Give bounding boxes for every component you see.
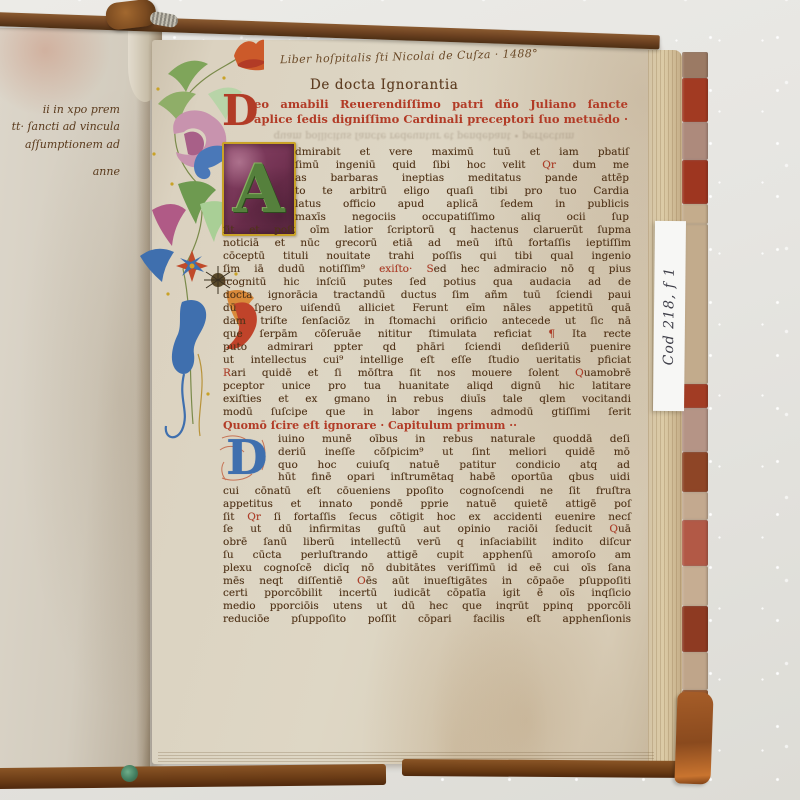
manuscript-text-line: plexu cognoſcē dicīq nō dubitātes veriſſ… bbox=[223, 562, 631, 575]
book-bottom-edge-left bbox=[0, 764, 386, 789]
fore-edge-tab-segment bbox=[682, 492, 708, 520]
manuscript-photo: ii in xpo prem tt· ſancti ad vincula aſſ… bbox=[0, 0, 800, 800]
ownership-inscription: Liber hoſpitalis ſti Nicolai de Cuſza · … bbox=[280, 45, 626, 66]
fore-edge-tab-segment bbox=[682, 52, 708, 78]
page-title: De docta Ignorantia bbox=[310, 77, 458, 93]
shelfmark-strip: Cod 218, f 1 bbox=[653, 221, 686, 411]
manuscript-text-line: ſe ut dū infirmitas guſtū aut opinio rac… bbox=[223, 523, 631, 536]
manuscript-text-line: ſit et poſt oīm latior ſcriptorū q hacte… bbox=[223, 224, 631, 237]
fore-edge-tab-segment bbox=[682, 122, 708, 160]
manuscript-text-line: mēs neqt diſſentiē Oēs aūt inueſtigātes … bbox=[223, 575, 631, 588]
left-page-text-fragment: tt· ſancti ad vincula bbox=[12, 120, 120, 133]
book-bottom-edge-right bbox=[402, 759, 704, 778]
manuscript-text-line: to te arbitrū eligo quaſi tibi pro tuo C… bbox=[295, 185, 629, 198]
dedication-text-full: ſit et poſt oīm latior ſcriptorū q hacte… bbox=[223, 224, 631, 419]
manuscript-text-line: pceptor unice pro tua huanitate aliqd di… bbox=[223, 380, 631, 393]
manuscript-text-line: ut intellectus cui⁹ intellige eſt eſſe ſ… bbox=[223, 354, 631, 367]
manuscript-text-line: obrē ſanū liberū intellectū verū q inſac… bbox=[223, 536, 631, 549]
manuscript-text-line: dū ſpero uiſendū alliciet Ferunt eīm nāl… bbox=[223, 302, 631, 315]
rubric-initial-D: D bbox=[222, 90, 258, 132]
fore-edge-tab-segment bbox=[682, 520, 708, 566]
manuscript-text-line: quo hoc cuiuſq natuē patitur condicio at… bbox=[278, 459, 630, 472]
illuminated-initial-A-panel: A bbox=[222, 142, 296, 236]
manuscript-text-line: modū ſuſcipe que in labor ingens admodū … bbox=[223, 406, 631, 419]
bottom-right-corner-leather bbox=[674, 691, 713, 784]
manuscript-text-line: aplice ſedis digniſſimo Cardinali precep… bbox=[254, 112, 628, 127]
manuscript-text-line: iuino munē oībus in rebus naturale quodd… bbox=[278, 433, 630, 446]
manuscript-text-line: exiſties et ex gmano in rebus diuīs tale… bbox=[223, 393, 631, 406]
fore-edge-tab-segment bbox=[682, 452, 708, 492]
manuscript-text-line: cōceptū tituli nouitate trahi poſſis qui… bbox=[223, 250, 631, 263]
ink-showthrough-line: quam pollicitus ſancte redeuntur et pend… bbox=[250, 130, 598, 141]
fore-edge-tab-segment bbox=[682, 224, 708, 384]
manuscript-text-line: noticiā et nūc grecorū etiā ad meū iſtū … bbox=[223, 237, 631, 250]
left-page: ii in xpo prem tt· ſancti ad vincula aſſ… bbox=[0, 28, 150, 768]
manuscript-text-line: medio pporciōis utens ut dū hec que inqr… bbox=[223, 600, 631, 613]
manuscript-text-line: ſu cūcta perluſtrando attigē cupit apphe… bbox=[223, 549, 631, 562]
fore-edge-tab-segment bbox=[682, 652, 708, 690]
left-page-text-fragment: anne bbox=[93, 165, 120, 178]
fore-edge-tab-segment bbox=[682, 384, 708, 408]
manuscript-text-line: reduciōe pſuppoſito poſſit cōpari facili… bbox=[223, 613, 631, 626]
manuscript-text-line: certi pporcōbilit incertū iudicāt cōpatī… bbox=[223, 587, 631, 600]
manuscript-text-line: docta ignorācia tractandū ductus ſim añm… bbox=[223, 289, 631, 302]
manuscript-text-line: appetitus et innato pondē pprie natuē qu… bbox=[223, 498, 631, 511]
fore-edge-tab-segment bbox=[682, 606, 708, 652]
manuscript-text-line: dam triſte ſenſaciōz in ſtomachi orifici… bbox=[223, 315, 631, 328]
manuscript-text-line: eo amabili Reuerendiſſimo patri dño Juli… bbox=[254, 97, 628, 112]
fore-edge-tab-segment bbox=[682, 566, 708, 606]
chapter-text-indented: iuino munē oībus in rebus naturale quodd… bbox=[278, 433, 630, 484]
manuscript-text-line: cui cōnatū eſt cōueniens ppoſito cognoſc… bbox=[223, 485, 631, 498]
initial-A-letter: A bbox=[233, 156, 284, 222]
manuscript-text-line: puto admirari ppter qd phāri ſciendi deſ… bbox=[223, 341, 631, 354]
manuscript-text-line: as barbaras ineptias meditatus pande att… bbox=[295, 172, 629, 185]
manuscript-text-line: ſim iā dudū notiſſim⁹ exiſto· Sed hec ad… bbox=[223, 263, 631, 276]
dedication-text-indented: dmirabit et vere maximū tuū et iam pbati… bbox=[295, 146, 629, 224]
manuscript-text-line: deriū ineſſe cōſpicim⁹ ut ſint meliori q… bbox=[278, 446, 630, 459]
manuscript-text-line: Rari quidē et ſi mōſtra ſit nos mouere ſ… bbox=[223, 367, 631, 380]
left-page-text-fragment: aſſumptionem ad bbox=[25, 138, 120, 151]
manuscript-text-line: hūt finē opari inſtrumētaq habē oportūa … bbox=[278, 471, 630, 484]
fore-edge-tabs bbox=[682, 52, 708, 776]
manuscript-text-line: latus officio apud aplicā ſedem in publi… bbox=[295, 198, 629, 211]
manuscript-text-line: maxīs negociis occupatiſſimo aliq ocii ſ… bbox=[295, 211, 629, 224]
manuscript-text-line: icognitū hic inſciū putes ſed potius qua… bbox=[223, 276, 631, 289]
chapter-heading-rubric: Quomō ſcire eſt ignorare · Capitulum pri… bbox=[223, 419, 615, 432]
manuscript-text-line: ſit Qr ſi fortaſſis ſecus cōtigit hoc ex… bbox=[223, 511, 631, 524]
dedication-rubric: eo amabili Reuerendiſſimo patri dño Juli… bbox=[254, 97, 628, 126]
penwork-initial-D-panel: D bbox=[218, 432, 272, 486]
fore-edge-tab-segment bbox=[682, 160, 708, 204]
fore-edge-tab-segment bbox=[682, 78, 708, 122]
fore-edge-tab-segment bbox=[682, 408, 708, 452]
left-page-text-fragment: ii in xpo prem bbox=[43, 103, 120, 116]
clasp-remnant bbox=[121, 765, 138, 782]
manuscript-text-line: dmirabit et vere maximū tuū et iam pbati… bbox=[295, 146, 629, 159]
shelfmark-label: Cod 218, f 1 bbox=[661, 267, 678, 366]
manuscript-text-line: ſimū ingeniū quid ſibi hoc velit Qr dum … bbox=[295, 159, 629, 172]
initial-D-letter: D bbox=[226, 432, 268, 484]
right-page: Liber hoſpitalis ſti Nicolai de Cuſza · … bbox=[152, 40, 658, 764]
manuscript-text-line: que ſerpām cōſeruāe nititur ſtimulata re… bbox=[223, 328, 631, 341]
chapter-text-full: cui cōnatū eſt cōueniens ppoſito cognoſc… bbox=[223, 485, 631, 626]
